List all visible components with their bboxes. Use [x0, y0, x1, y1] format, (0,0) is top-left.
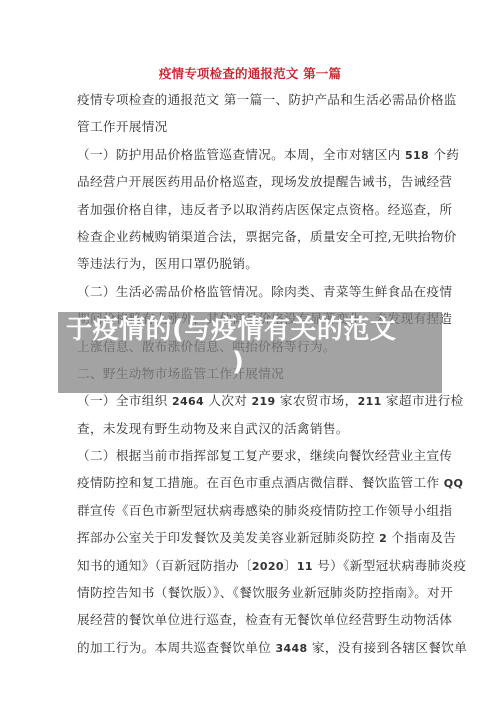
body-line: 挥部办公室关于印发餐饮及美发美容业新冠肺炎防控 2 个指南及告	[77, 524, 425, 551]
text-segment: 者加强价格自律，违反者予以取消药店医保定点资格。经巡查，所	[77, 202, 452, 217]
text-segment: 情防控告知书（餐饮版）》、《餐饮服务业新冠肺炎防控指南》。对开	[77, 585, 453, 600]
body-line: 等违法行为，医用口罩仍脱销。	[77, 250, 425, 277]
numeric-value: 2464	[172, 395, 204, 408]
body-line: 管工作开展情况	[77, 113, 425, 140]
body-line: 展经营的餐饮单位进行巡查，检查有无餐饮单位经营野生动物活体	[77, 606, 425, 633]
document-title: 疫情专项检查的通报范文 第一篇	[0, 66, 500, 82]
numeric-value: 2	[379, 532, 387, 545]
body-line: （一）防护用品价格监管巡查情况。本周，全市对辖区内 518 个药	[77, 141, 425, 168]
body-line: 情防控告知书（餐饮版）》、《餐饮服务业新冠肺炎防控指南》。对开	[77, 579, 425, 606]
text-segment: （一）防护用品价格监管巡查情况。本周，全市对辖区内	[77, 147, 405, 162]
text-segment: 个指南及告	[387, 530, 456, 545]
text-segment: 挥部办公室关于印发餐饮及美发美容业新冠肺炎防控	[77, 530, 379, 545]
body-line: 检查企业药械购销渠道合法，票据完备，质量安全可控,无哄抬物价	[77, 223, 425, 250]
text-segment: 管工作开展情况	[77, 119, 168, 134]
body-line: （二）生活必需品价格监管情况。除肉类、青菜等生鲜食品在疫情	[77, 278, 425, 305]
body-line: 群宣传《百色市新型冠状病毒感染的肺炎疫情防控工作领导小组指	[77, 497, 425, 524]
text-segment: 疫情专项检查的通报范文 第一篇一、防护产品和生活必需品价格监	[77, 92, 457, 107]
body-line: 疫情防控和复工措施。在百色市重点酒店微信群、餐饮监管工作 QQ	[77, 469, 425, 496]
body-line: 者加强价格自律，违反者予以取消药店医保定点资格。经巡查，所	[77, 196, 425, 223]
numeric-value: 2020	[252, 560, 284, 573]
text-segment: 〕	[284, 558, 297, 573]
text-segment: 品经营户开展医药用品价格巡查，现场发放提醒告诫书，告诫经营	[77, 174, 452, 189]
numeric-value: 11	[297, 560, 313, 573]
text-segment: 家超市进行检	[382, 393, 464, 408]
text-segment: 个药	[429, 147, 459, 162]
text-segment: 家农贸市场，	[276, 393, 358, 408]
body-line: 疫情专项检查的通报范文 第一篇一、防护产品和生活必需品价格监	[77, 86, 425, 113]
overlay-title-continuation: )	[232, 346, 244, 378]
numeric-value: 3448	[276, 642, 308, 655]
text-segment: 展经营的餐饮单位进行巡查，检查有无餐饮单位经营野生动物活体	[77, 612, 452, 627]
text-segment: 等违法行为，医用口罩仍脱销。	[77, 256, 258, 271]
text-segment: 知书的通知》（百新冠防指办〔	[77, 558, 252, 573]
body-line: （二）根据当前市指挥部复工复产要求，继续向餐饮经营业主宣传	[77, 442, 425, 469]
text-segment: 疫情防控和复工措施。在百色市重点酒店微信群、餐饮监管工作	[77, 475, 444, 490]
body-line: 知书的通知》（百新冠防指办〔2020〕11 号）《新型冠状病毒肺炎疫	[77, 552, 425, 579]
text-segment: （一）全市组织	[77, 393, 172, 408]
text-segment: 的加工行为。本周共巡查餐饮单位	[77, 640, 276, 655]
text-segment: 检查企业药械购销渠道合法，票据完备，质量安全可控,无哄抬物价	[77, 229, 457, 244]
numeric-value: QQ	[444, 477, 463, 490]
body-line: 品经营户开展医药用品价格巡查，现场发放提醒告诫书，告诫经营	[77, 168, 425, 195]
numeric-value: 219	[252, 395, 276, 408]
text-segment: 人次对	[204, 393, 252, 408]
text-segment: （二）根据当前市指挥部复工复产要求，继续向餐饮经营业主宣传	[77, 448, 452, 463]
text-segment: 家，没有接到各辖区餐饮单	[308, 640, 468, 655]
body-line: 查，未发现有野生动物及来自武汉的活禽销售。	[77, 415, 425, 442]
body-line: 的加工行为。本周共巡查餐饮单位 3448 家，没有接到各辖区餐饮单	[77, 634, 425, 661]
text-segment: 查，未发现有野生动物及来自武汉的活禽销售。	[77, 421, 349, 436]
text-segment: 号）《新型冠状病毒肺炎疫	[313, 558, 466, 573]
numeric-value: 518	[405, 149, 429, 162]
numeric-value: 211	[358, 395, 382, 408]
overlay-title: 于疫情的(与疫情有关的范文	[66, 314, 446, 346]
text-segment: 群宣传《百色市新型冠状病毒感染的肺炎疫情防控工作领导小组指	[77, 503, 452, 518]
text-segment: （二）生活必需品价格监管情况。除肉类、青菜等生鲜食品在疫情	[77, 284, 452, 299]
